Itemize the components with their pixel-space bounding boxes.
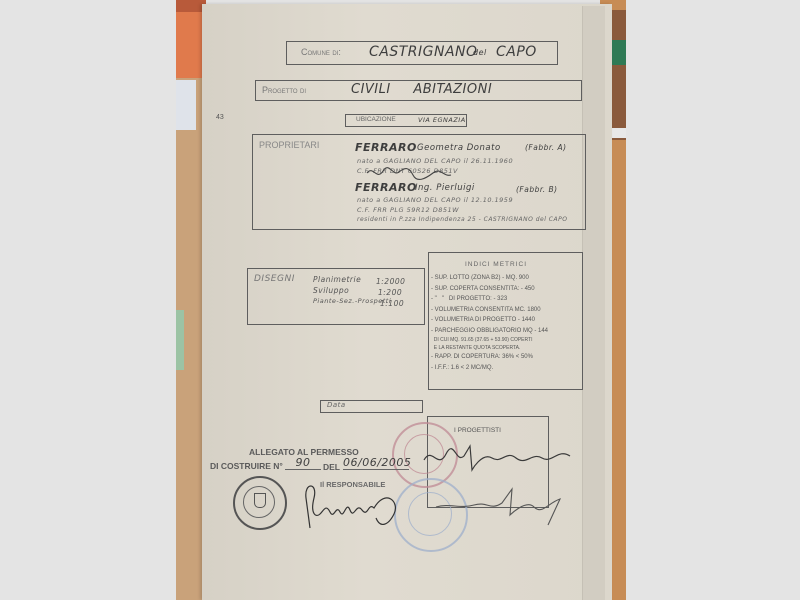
owner-1-name: FERRARO <box>355 141 417 154</box>
permit-date: 06/06/2005 <box>343 456 409 470</box>
owner-2-cf: C.F. FRR PLG 59R12 D851W <box>357 206 459 214</box>
background-left <box>0 0 176 600</box>
owner-1-ref: (Fabbr. A) <box>525 143 567 152</box>
drawing-1-scale: 1:2000 <box>376 277 405 286</box>
project-value: CIVILI ABITAZIONI <box>351 82 492 97</box>
owner-2-name: FERRARO <box>355 181 417 194</box>
owners-label: PROPRIETARI <box>259 140 319 150</box>
comune-header-box: Comune di: CASTRIGNANO del CAPO <box>286 41 558 65</box>
metric-line: - I.F.F.: 1.6 < 2 MC/MQ. <box>431 363 548 374</box>
responsible-signature <box>296 478 406 533</box>
drawings-label: DISEGNI <box>254 274 295 284</box>
drawing-3-scale: 1:100 <box>380 299 404 308</box>
permit-line-2: DI COSTRUIRE N° <box>210 461 283 471</box>
location-box: UBICAZIONE VIA EGNAZIA <box>345 114 467 127</box>
location-label: UBICAZIONE <box>356 116 396 123</box>
permit-number: 90 <box>285 456 321 470</box>
designer-signature-1 <box>420 440 580 480</box>
metric-line: - VOLUMETRIA DI PROGETTO - 1440 <box>431 315 548 326</box>
margin-note: 43 <box>216 114 224 121</box>
date-box: Data <box>320 400 423 413</box>
metric-line: - PARCHEGGIO OBBLIGATORIO MQ - 144 <box>431 326 548 337</box>
municipal-stamp <box>233 476 287 530</box>
metric-line: - " " DI PROGETTO: - 323 <box>431 294 548 305</box>
permit-del-label: DEL <box>323 462 340 472</box>
paper-edge <box>176 80 196 130</box>
green-folder <box>176 310 184 370</box>
coat-of-arms-icon <box>254 493 266 508</box>
metrics-box: INDICI METRICI - SUP. LOTTO (ZONA B2) - … <box>428 252 583 390</box>
metric-line: DI CUI MQ. 91.65 (37.65 + 53.90) COPERTI <box>431 336 548 344</box>
metric-line: - VOLUMETRIA CONSENTITA MC. 1800 <box>431 305 548 316</box>
date-label: Data <box>327 401 346 409</box>
page-fold <box>582 6 605 600</box>
comune-label: Comune di: <box>301 47 341 57</box>
owners-residence: residenti in P.zza Indipendenza 25 - CAS… <box>357 216 567 223</box>
project-box: Progetto di CIVILI ABITAZIONI <box>255 80 582 101</box>
drawing-2-name: Sviluppo <box>313 286 349 295</box>
background-right <box>625 0 800 600</box>
drawings-box: DISEGNI Planimetrie 1:2000 Sviluppo 1:20… <box>247 268 425 325</box>
metrics-title: INDICI METRICI <box>465 261 527 268</box>
metric-line: - RAPP. DI COPERTURA: 36% < 50% <box>431 352 548 363</box>
comune-capo: CAPO <box>496 44 537 60</box>
project-label: Progetto di <box>262 85 306 95</box>
metric-line: - SUP. COPERTA CONSENTITA: - 450 <box>431 284 548 295</box>
designer-signature-2 <box>430 485 570 530</box>
metrics-lines: - SUP. LOTTO (ZONA B2) - MQ. 900 - SUP. … <box>431 273 548 373</box>
owners-box: PROPRIETARI FERRARO Geometra Donato (Fab… <box>252 134 586 230</box>
owner-2-birth: nato a GAGLIANO DEL CAPO il 12.10.1959 <box>357 196 513 204</box>
drawing-1-name: Planimetrie <box>313 275 361 284</box>
owner-2-ref: (Fabbr. B) <box>516 185 558 194</box>
comune-del: del <box>473 48 487 57</box>
location-value: VIA EGNAZIA <box>418 116 466 124</box>
owner-2-title: Ing. Pierluigi <box>415 183 475 193</box>
designers-label: I PROGETTISTI <box>454 427 501 434</box>
metric-line: - SUP. LOTTO (ZONA B2) - MQ. 900 <box>431 273 548 284</box>
comune-name: CASTRIGNANO <box>369 44 478 60</box>
owner-1-title: Geometra Donato <box>417 143 501 153</box>
drawing-2-scale: 1:200 <box>378 288 402 297</box>
metric-line: E LA RESTANTE QUOTA SCOPERTA. <box>431 344 548 352</box>
